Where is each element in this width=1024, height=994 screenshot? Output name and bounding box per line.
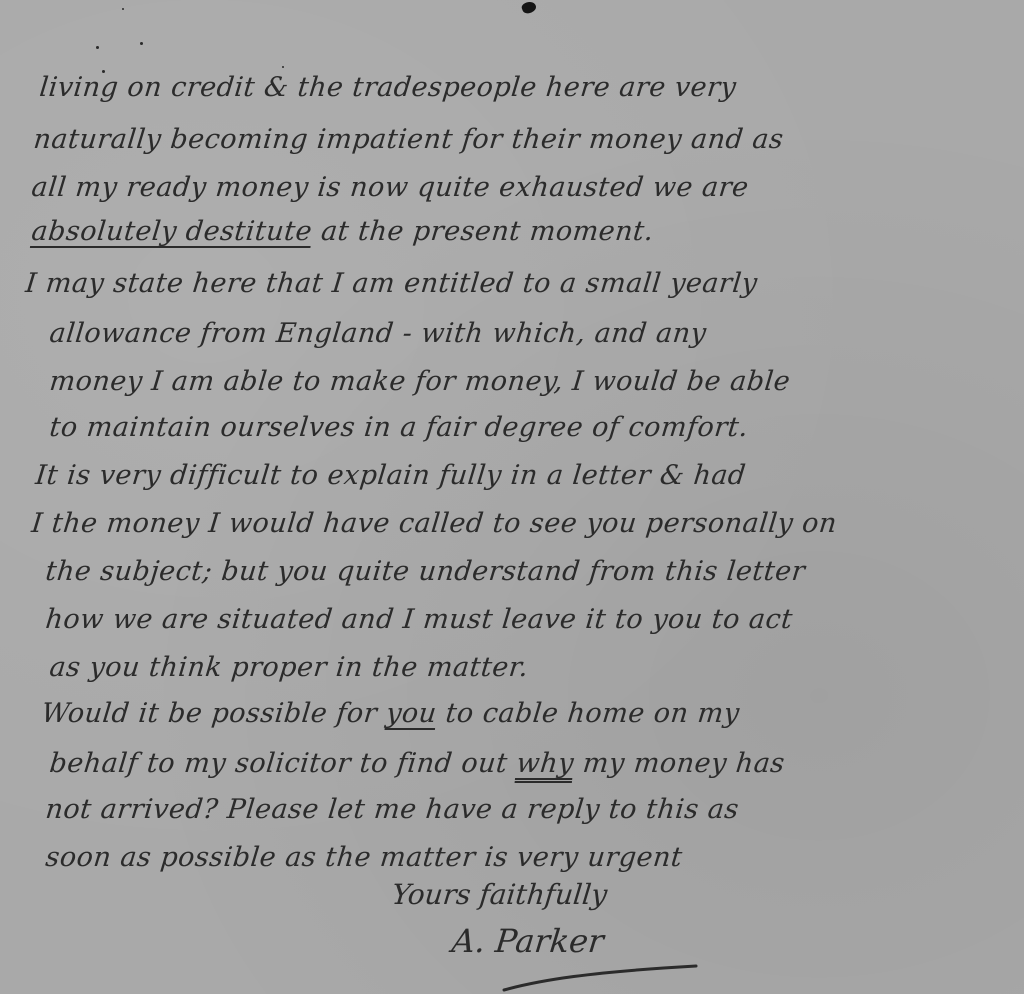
letter-line-8: to maintain ourselves in a fair degree o… xyxy=(48,412,750,443)
line-text: It is very difficult to explain fully in… xyxy=(34,460,747,491)
letter-line-6: allowance from England - with which, and… xyxy=(48,318,708,349)
signature: A. Parker xyxy=(450,922,606,960)
line-text: I may state here that I am entitled to a… xyxy=(24,268,759,299)
letter-line-15: behalf to my solicitor to find out why m… xyxy=(48,748,786,779)
letter-line-10: I the money I would have called to see y… xyxy=(30,508,839,539)
letter-line-12: how we are situated and I must leave it … xyxy=(44,604,794,635)
line-text: behalf to my solicitor to find out xyxy=(48,748,518,779)
letter-line-4: absolutely destitute at the present mome… xyxy=(30,216,655,247)
line-text: Would it be possible for xyxy=(40,698,388,729)
line-text: my money has xyxy=(572,748,786,779)
letter-line-13: as you think proper in the matter. xyxy=(48,652,530,683)
underlined-phrase: absolutely destitute xyxy=(30,216,314,247)
line-text: to cable home on my xyxy=(435,698,741,729)
letter-line-14: Would it be possible for you to cable ho… xyxy=(40,698,741,729)
line-text: allowance from England - with which, and… xyxy=(48,318,708,349)
signature-flourish xyxy=(500,962,700,992)
underlined-word: you xyxy=(385,698,439,729)
line-text: to maintain ourselves in a fair degree o… xyxy=(48,412,750,443)
letter-line-16: not arrived? Please let me have a reply … xyxy=(44,794,741,825)
double-underlined-word: why xyxy=(515,748,576,779)
line-text: soon as possible as the matter is very u… xyxy=(44,842,684,873)
letter-line-7: money I am able to make for money, I wou… xyxy=(48,366,792,397)
line-text: all my ready money is now quite exhauste… xyxy=(30,172,750,203)
line-text: at the present moment. xyxy=(311,216,656,247)
line-text: living on credit & the tradespeople here… xyxy=(38,72,738,103)
line-text: not arrived? Please let me have a reply … xyxy=(44,794,741,825)
letter-line-17: soon as possible as the matter is very u… xyxy=(44,842,684,873)
line-text: naturally becoming impatient for their m… xyxy=(32,124,785,155)
letter-line-2: naturally becoming impatient for their m… xyxy=(32,124,785,155)
letter-line-9: It is very difficult to explain fully in… xyxy=(34,460,747,491)
line-text: money I am able to make for money, I wou… xyxy=(48,366,792,397)
line-text: I the money I would have called to see y… xyxy=(30,508,839,539)
line-text: as you think proper in the matter. xyxy=(48,652,530,683)
letter-page: living on credit & the tradespeople here… xyxy=(0,0,1024,994)
letter-line-1: living on credit & the tradespeople here… xyxy=(38,72,738,103)
letter-line-3: all my ready money is now quite exhauste… xyxy=(30,172,750,203)
letter-body: living on credit & the tradespeople here… xyxy=(0,0,1024,994)
letter-closing: Yours faithfully xyxy=(390,878,608,911)
letter-line-5: I may state here that I am entitled to a… xyxy=(24,268,759,299)
line-text: the subject; but you quite understand fr… xyxy=(44,556,807,587)
line-text: how we are situated and I must leave it … xyxy=(44,604,794,635)
letter-line-11: the subject; but you quite understand fr… xyxy=(44,556,807,587)
